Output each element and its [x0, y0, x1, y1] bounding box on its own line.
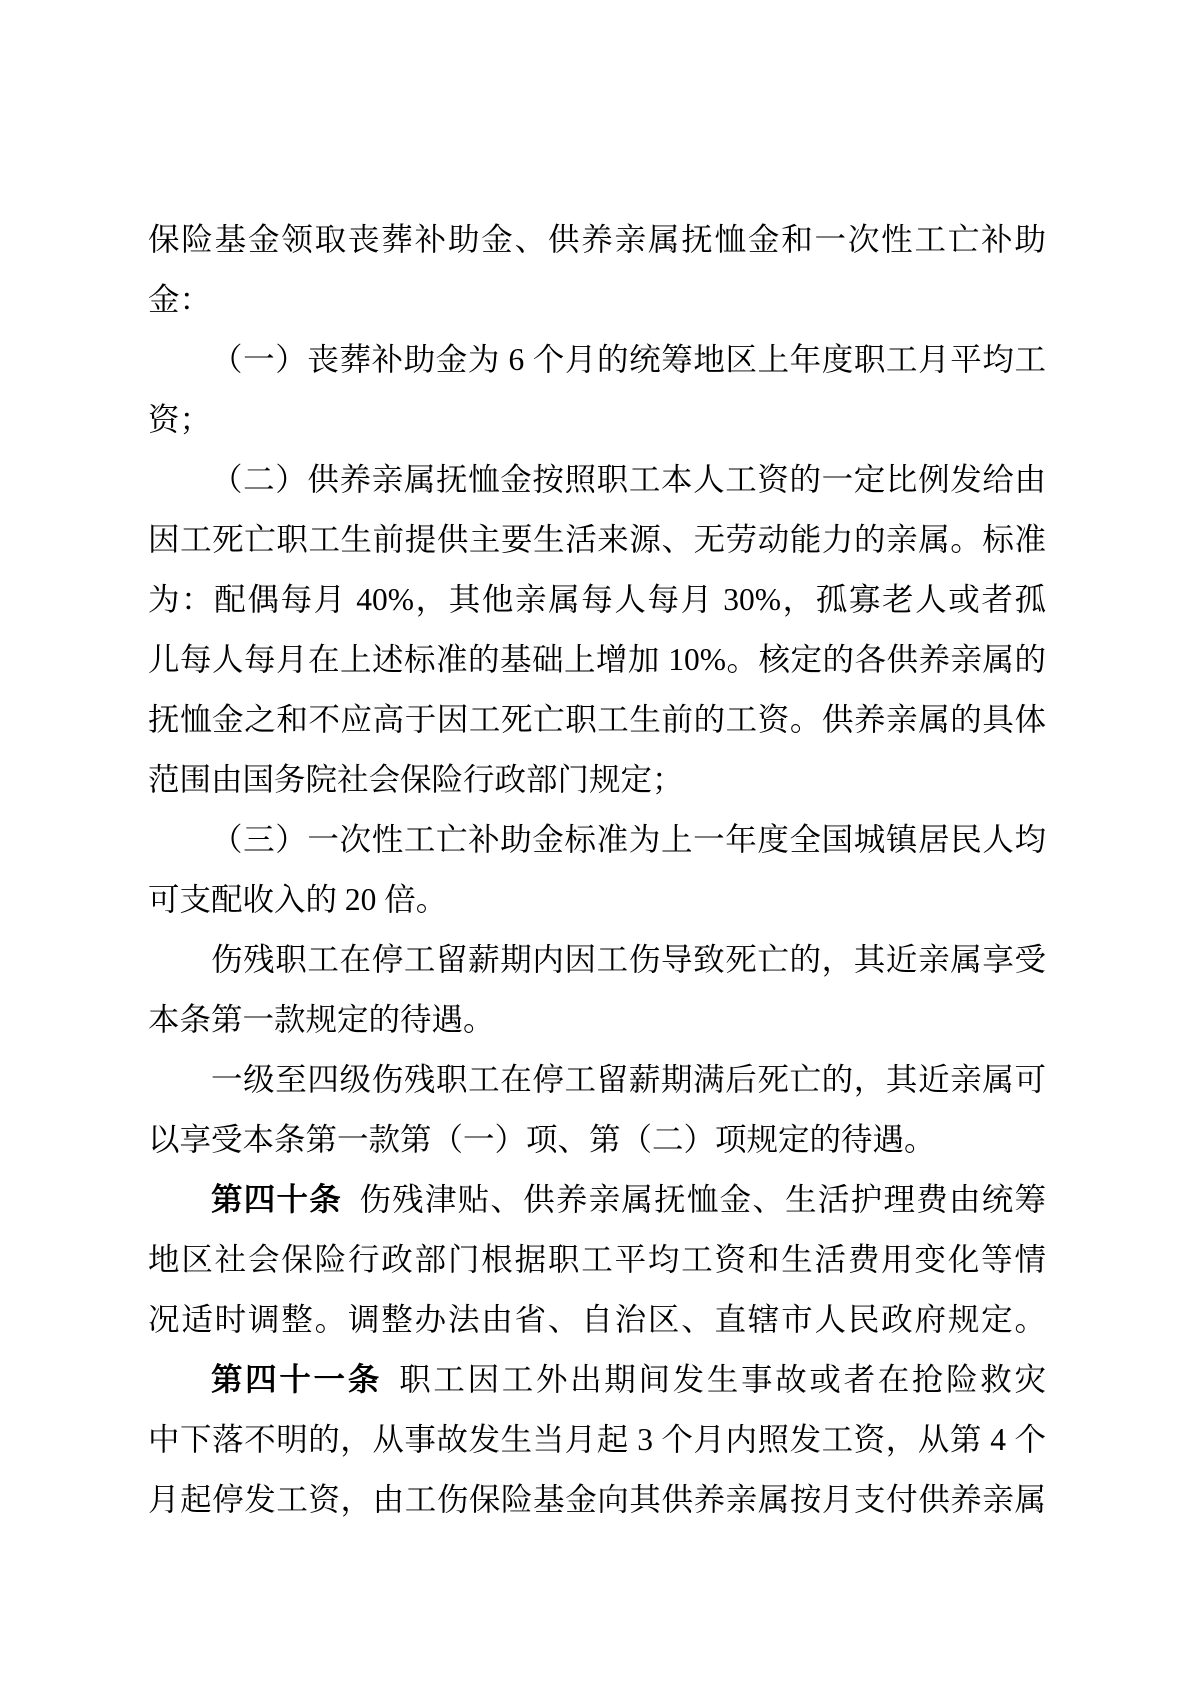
- line-text: （一）丧葬补助金为 6 个月的统筹地区上年度职工月平均工: [211, 342, 1046, 377]
- text-line: （一）丧葬补助金为 6 个月的统筹地区上年度职工月平均工: [148, 330, 1046, 390]
- text-line: 可支配收入的 20 倍。: [148, 870, 1046, 930]
- text-line: 一级至四级伤残职工在停工留薪期满后死亡的，其近亲属可: [148, 1050, 1046, 1110]
- line-text: 本条第一款规定的待遇。: [148, 1002, 495, 1037]
- line-text: 儿每人每月在上述标准的基础上增加 10%。核定的各供养亲属的: [148, 642, 1046, 677]
- text-line: 资；: [148, 390, 1046, 450]
- line-text: 保险基金领取丧葬补助金、供养亲属抚恤金和一次性工亡补助: [148, 222, 1046, 257]
- text-line: 金：: [148, 270, 1046, 330]
- line-text: 可支配收入的 20 倍。: [148, 882, 447, 917]
- text-line: 保险基金领取丧葬补助金、供养亲属抚恤金和一次性工亡补助: [148, 210, 1046, 270]
- text-line: 儿每人每月在上述标准的基础上增加 10%。核定的各供养亲属的: [148, 630, 1046, 690]
- text-line: 第四十一条职工因工外出期间发生事故或者在抢险救灾: [148, 1350, 1046, 1410]
- text-line: 因工死亡职工生前提供主要生活来源、无劳动能力的亲属。标准: [148, 510, 1046, 570]
- text-line: （三）一次性工亡补助金标准为上一年度全国城镇居民人均: [148, 810, 1046, 870]
- line-text: 因工死亡职工生前提供主要生活来源、无劳动能力的亲属。标准: [148, 522, 1046, 557]
- text-line: 本条第一款规定的待遇。: [148, 990, 1046, 1050]
- line-text: 况适时调整。调整办法由省、自治区、直辖市人民政府规定。: [148, 1302, 1046, 1337]
- line-text: 以享受本条第一款第（一）项、第（二）项规定的待遇。: [148, 1122, 936, 1157]
- text-line: 地区社会保险行政部门根据职工平均工资和生活费用变化等情: [148, 1230, 1046, 1290]
- line-text: 一级至四级伤残职工在停工留薪期满后死亡的，其近亲属可: [211, 1062, 1046, 1097]
- line-text: （三）一次性工亡补助金标准为上一年度全国城镇居民人均: [211, 822, 1046, 857]
- line-text: 金：: [148, 282, 211, 317]
- line-text: 月起停发工资，由工伤保险基金向其供养亲属按月支付供养亲属: [148, 1482, 1046, 1517]
- text-line: 中下落不明的，从事故发生当月起 3 个月内照发工资，从第 4 个: [148, 1410, 1046, 1470]
- document-page: 保险基金领取丧葬补助金、供养亲属抚恤金和一次性工亡补助 金： （一）丧葬补助金为…: [0, 0, 1190, 1683]
- text-line: 第四十条伤残津贴、供养亲属抚恤金、生活护理费由统筹: [148, 1170, 1046, 1230]
- text-line: 为：配偶每月 40%，其他亲属每人每月 30%，孤寡老人或者孤: [148, 570, 1046, 630]
- text-line: 伤残职工在停工留薪期内因工伤导致死亡的，其近亲属享受: [148, 930, 1046, 990]
- line-text: 范围由国务院社会保险行政部门规定；: [148, 762, 684, 797]
- text-line: 以享受本条第一款第（一）项、第（二）项规定的待遇。: [148, 1110, 1046, 1170]
- line-text: 伤残津贴、供养亲属抚恤金、生活护理费由统筹: [359, 1182, 1046, 1217]
- article-number: 第四十条: [211, 1182, 342, 1217]
- text-line: 范围由国务院社会保险行政部门规定；: [148, 750, 1046, 810]
- article-number: 第四十一条: [211, 1362, 382, 1397]
- line-text: 资；: [148, 402, 211, 437]
- line-text: （二）供养亲属抚恤金按照职工本人工资的一定比例发给由: [211, 462, 1046, 497]
- text-line: 抚恤金之和不应高于因工死亡职工生前的工资。供养亲属的具体: [148, 690, 1046, 750]
- text-block: 保险基金领取丧葬补助金、供养亲属抚恤金和一次性工亡补助 金： （一）丧葬补助金为…: [148, 210, 1046, 1530]
- line-text: 伤残职工在停工留薪期内因工伤导致死亡的，其近亲属享受: [211, 942, 1046, 977]
- line-text: 地区社会保险行政部门根据职工平均工资和生活费用变化等情: [148, 1242, 1046, 1277]
- text-line: （二）供养亲属抚恤金按照职工本人工资的一定比例发给由: [148, 450, 1046, 510]
- text-line: 月起停发工资，由工伤保险基金向其供养亲属按月支付供养亲属: [148, 1470, 1046, 1530]
- line-text: 职工因工外出期间发生事故或者在抢险救灾: [399, 1362, 1046, 1397]
- line-text: 为：配偶每月 40%，其他亲属每人每月 30%，孤寡老人或者孤: [148, 582, 1046, 617]
- text-line: 况适时调整。调整办法由省、自治区、直辖市人民政府规定。: [148, 1290, 1046, 1350]
- line-text: 中下落不明的，从事故发生当月起 3 个月内照发工资，从第 4 个: [148, 1422, 1046, 1457]
- line-text: 抚恤金之和不应高于因工死亡职工生前的工资。供养亲属的具体: [148, 702, 1046, 737]
